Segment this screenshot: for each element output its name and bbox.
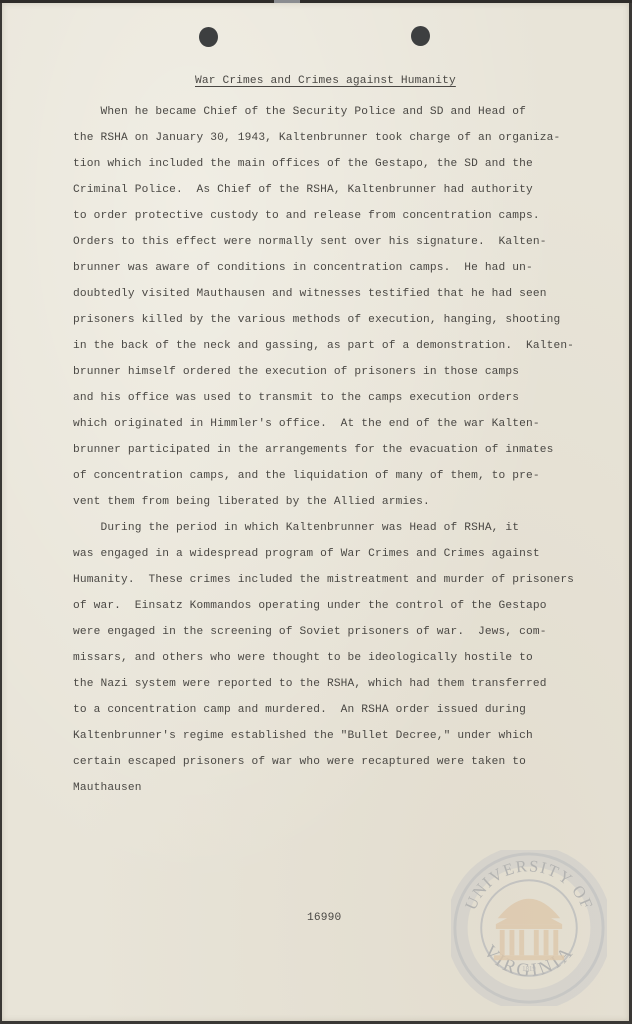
document-line: brunner participated in the arrangements… xyxy=(73,444,553,456)
rotunda-icon xyxy=(494,899,564,960)
svg-text:VIRGINIA: VIRGINIA xyxy=(479,941,579,981)
document-line: were engaged in the screening of Soviet … xyxy=(73,626,547,638)
document-line: and his office was used to transmit to t… xyxy=(73,392,519,404)
document-line: which originated in Himmler's office. At… xyxy=(73,418,540,430)
document-line: tion which included the main offices of … xyxy=(73,158,533,170)
university-seal-watermark: UNIVERSITY OF VIRGINIA 1819 xyxy=(451,850,607,1006)
document-line: Humanity. These crimes included the mist… xyxy=(73,574,574,586)
document-line: of concentration camps, and the liquidat… xyxy=(73,470,540,482)
document-line: Mauthausen xyxy=(73,782,142,794)
document-line: doubtedly visited Mauthausen and witness… xyxy=(73,288,547,300)
document-line: Kaltenbrunner's regime established the "… xyxy=(73,730,533,742)
document-line: to order protective custody to and relea… xyxy=(73,210,540,222)
seal-bottom-text: VIRGINIA xyxy=(479,941,579,981)
document-line: Criminal Police. As Chief of the RSHA, K… xyxy=(73,184,533,196)
document-line: prisoners killed by the various methods … xyxy=(73,314,560,326)
document-line: certain escaped prisoners of war who wer… xyxy=(73,756,526,768)
document-line: the RSHA on January 30, 1943, Kaltenbrun… xyxy=(73,132,560,144)
document-line: to a concentration camp and murdered. An… xyxy=(73,704,526,716)
document-line: During the period in which Kaltenbrunner… xyxy=(73,522,519,534)
document-line: vent them from being liberated by the Al… xyxy=(73,496,430,508)
document-title: War Crimes and Crimes against Humanity xyxy=(195,75,456,87)
document-line: in the back of the neck and gassing, as … xyxy=(73,340,574,352)
document-line: the Nazi system were reported to the RSH… xyxy=(73,678,547,690)
seal-year: 1819 xyxy=(522,966,536,973)
document-line: brunner himself ordered the execution of… xyxy=(73,366,519,378)
punch-hole-left xyxy=(199,27,218,47)
document-line: brunner was aware of conditions in conce… xyxy=(73,262,533,274)
document-line: of war. Einsatz Kommandos operating unde… xyxy=(73,600,547,612)
punch-hole-right xyxy=(411,26,430,46)
page-number: 16990 xyxy=(307,912,341,924)
document-line: Orders to this effect were normally sent… xyxy=(73,236,547,248)
document-line: When he became Chief of the Security Pol… xyxy=(73,106,526,118)
document-line: missars, and others who were thought to … xyxy=(73,652,533,664)
document-line: was engaged in a widespread program of W… xyxy=(73,548,540,560)
